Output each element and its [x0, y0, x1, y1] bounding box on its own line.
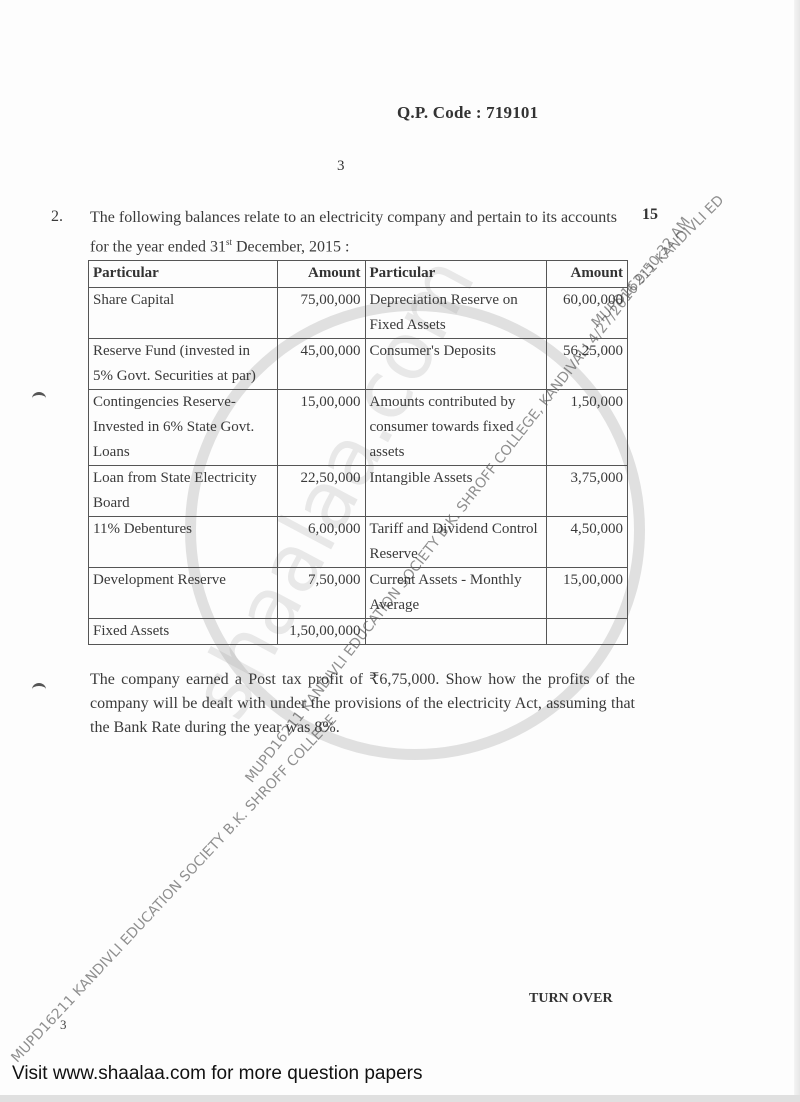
amount-cell: 15,00,000 [546, 568, 627, 619]
particular-cell: Fixed Assets [89, 619, 278, 645]
table-row: Development Reserve7,50,000Current Asset… [89, 568, 628, 619]
amount-cell: 4,50,000 [546, 517, 627, 568]
amount-cell: 60,00,000 [546, 288, 627, 339]
amount-cell: 56,25,000 [546, 339, 627, 390]
column-header-particular: Particular [365, 261, 546, 288]
question-marks: 15 [642, 206, 658, 224]
amount-cell: 22,50,000 [278, 466, 365, 517]
amount-cell: 15,00,000 [278, 390, 365, 466]
question-number: 2. [51, 208, 63, 226]
page-number: 3 [337, 158, 345, 175]
site-footer-note: Visit www.shaalaa.com for more question … [12, 1063, 422, 1085]
question-intro-text: The following balances relate to an elec… [90, 209, 617, 255]
amount-cell: 45,00,000 [278, 339, 365, 390]
particular-cell: Amounts contributed by consumer towards … [365, 390, 546, 466]
table-row: Loan from State Electricity Board22,50,0… [89, 466, 628, 517]
particular-cell: Current Assets - Monthly Average [365, 568, 546, 619]
particular-cell: Intangible Assets [365, 466, 546, 517]
particular-cell: Depreciation Reserve on Fixed Assets [365, 288, 546, 339]
amount-cell: 3,75,000 [546, 466, 627, 517]
particular-cell: 11% Debentures [89, 517, 278, 568]
particular-cell: Consumer's Deposits [365, 339, 546, 390]
particular-cell [365, 619, 546, 645]
question-intro: The following balances relate to an elec… [90, 206, 630, 259]
table-body: Share Capital75,00,000Depreciation Reser… [89, 288, 628, 645]
turn-over-note: TURN OVER [529, 991, 613, 1007]
watermark-stamp-left: MUPD16211 KANDIVLI EDUCATION SOCIETY B.K… [8, 712, 340, 1066]
bottom-page-number: 3 [60, 1017, 67, 1033]
scan-bottom-edge [0, 1095, 800, 1102]
question-closing-text: The company earned a Post tax profit of … [90, 668, 635, 740]
particular-cell: Share Capital [89, 288, 278, 339]
amount-cell [546, 619, 627, 645]
amount-cell: 75,00,000 [278, 288, 365, 339]
table-row: Contingencies Reserve- Invested in 6% St… [89, 390, 628, 466]
particular-cell: Development Reserve [89, 568, 278, 619]
table-row: Reserve Fund (invested in 5% Govt. Secur… [89, 339, 628, 390]
table-header-row: Particular Amount Particular Amount [89, 261, 628, 288]
amount-cell: 6,00,000 [278, 517, 365, 568]
table-row: 11% Debentures6,00,000Tariff and Dividen… [89, 517, 628, 568]
amount-cell: 7,50,000 [278, 568, 365, 619]
punch-hole-mark [32, 683, 46, 696]
amount-cell: 1,50,00,000 [278, 619, 365, 645]
table-row: Fixed Assets1,50,00,000 [89, 619, 628, 645]
question-intro-text-end: December, 2015 : [232, 238, 350, 255]
particular-cell: Loan from State Electricity Board [89, 466, 278, 517]
particular-cell: Contingencies Reserve- Invested in 6% St… [89, 390, 278, 466]
column-header-amount: Amount [278, 261, 365, 288]
particular-cell: Reserve Fund (invested in 5% Govt. Secur… [89, 339, 278, 390]
column-header-particular: Particular [89, 261, 278, 288]
table-row: Share Capital75,00,000Depreciation Reser… [89, 288, 628, 339]
punch-hole-mark [32, 392, 46, 405]
balances-table: Particular Amount Particular Amount Shar… [88, 260, 628, 645]
column-header-amount: Amount [546, 261, 627, 288]
amount-cell: 1,50,000 [546, 390, 627, 466]
question-paper-code: Q.P. Code : 719101 [397, 103, 538, 123]
scan-edge-shadow [794, 0, 800, 1102]
particular-cell: Tariff and Dividend Control Reserve [365, 517, 546, 568]
